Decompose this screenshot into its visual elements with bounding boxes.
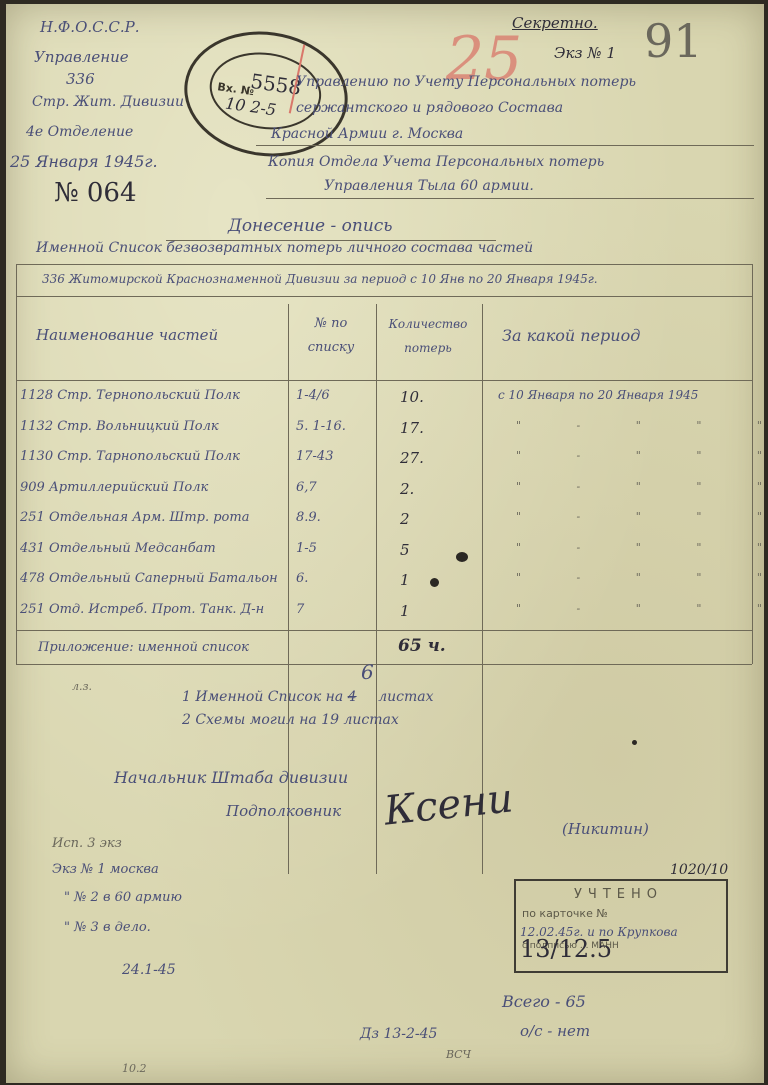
signature-rank: Подполковник (226, 802, 341, 820)
document-page: Н.Ф.О.С.С.Р. Управление 336 Стр. Жит. Ди… (6, 4, 764, 1083)
document-title: Донесение - опись (228, 216, 393, 236)
bottom-left-note: 10.2 (122, 1062, 147, 1075)
row-list-number: 1-4/6 (296, 388, 330, 403)
distribution-date: 24.1-45 (122, 962, 176, 978)
stamp-line1: по карточке № (522, 907, 608, 920)
row-unit-name: 1130 Стр. Тарнопольский Полк (20, 449, 240, 464)
row-list-number: 6,7 (296, 480, 317, 495)
total-losses: 65 ч. (398, 636, 446, 656)
bottom-scribble: ВСЧ (446, 1048, 471, 1061)
total-label: Приложение: именной список (38, 640, 249, 655)
bottom-center-note: Дз 13-2-45 (360, 1026, 437, 1042)
row-list-number: 6. (296, 571, 308, 586)
addressee-line2: сержантского и рядового Состава (296, 100, 563, 116)
header-dept: Управление (34, 48, 129, 66)
row-list-number: 7 (296, 602, 304, 617)
signature-title: Начальник Штаба дивизии (114, 768, 348, 787)
distribution-count: Исп. 3 экз (52, 836, 122, 851)
row-unit-name: 909 Артиллерийский Полк (20, 480, 208, 495)
row-period: " - " " " (516, 449, 768, 462)
row-losses: 2 (400, 510, 410, 528)
row-list-number: 8.9. (296, 510, 321, 525)
row-list-number: 5. 1-16. (296, 419, 346, 434)
addressee-line5: Управления Тыла 60 армии. (324, 178, 534, 194)
row-unit-name: 478 Отдельный Саперный Батальон (20, 571, 278, 586)
header-org: Н.Ф.О.С.С.Р. (40, 18, 140, 36)
header-division: Стр. Жит. Дивизии (32, 94, 184, 110)
header-section: 4е Отделение (26, 124, 133, 140)
row-losses: 1 (400, 571, 410, 589)
row-unit-name: 431 Отдельный Медсанбат (20, 541, 216, 556)
row-unit-name: 251 Отд. Истреб. Прот. Танк. Д-н (20, 602, 264, 617)
row-losses: 17. (400, 419, 424, 437)
classification-label: Секретно. (512, 14, 598, 32)
header-unit-name: Наименование частей (36, 322, 256, 348)
header-number: № 064 (54, 178, 137, 208)
row-unit-name: 1132 Стр. Вольницкий Полк (20, 419, 219, 434)
header-division-number: 336 (66, 70, 95, 88)
ink-blot (456, 552, 468, 562)
row-losses: 5 (400, 541, 410, 559)
total-all: Всего - 65 (502, 992, 586, 1011)
total-officers: о/с - нет (520, 1022, 590, 1040)
corrected-count: 6 (361, 660, 374, 684)
ink-blot (632, 740, 637, 745)
header-date: 25 Января 1945г. (10, 152, 158, 171)
registered-stamp: УЧТЕНО по карточке № 12.02.45г. и по Кру… (514, 879, 728, 973)
row-losses: 27. (400, 449, 424, 467)
addressee-line4: Копия Отдела Учета Персональных потерь (268, 154, 604, 170)
attachment-item1: 1 Именной Список на 4 6 листах (182, 682, 434, 706)
row-losses: 10. (400, 388, 424, 406)
header-losses: Количество потерь (380, 312, 476, 360)
row-period: " - " " " (516, 480, 768, 493)
addressee-line1: Управлению по Учету Персональных потерь (296, 74, 636, 90)
row-unit-name: 251 Отдельная Арм. Штр. рота (20, 510, 249, 525)
signatory-name: (Никитин) (562, 820, 649, 838)
attachment-item2: 2 Схемы могил на 19 листах (182, 712, 399, 728)
row-period: с 10 Января по 20 Января 1945 (498, 388, 698, 402)
signature-scrawl: Ксени (382, 775, 515, 834)
registration-number: 1020/10 (670, 862, 728, 878)
row-period: " - " " " (516, 571, 768, 584)
distribution-copy3: " № 3 в дело. (64, 920, 151, 935)
stamp-title: УЧТЕНО (574, 887, 663, 902)
sheet-number: 91 (644, 14, 703, 68)
header-list-number: № по списку (296, 312, 366, 360)
row-losses: 2. (400, 480, 414, 498)
header-period: За какой период (502, 326, 640, 345)
row-list-number: 1-5 (296, 541, 317, 556)
document-subtitle-line2: 336 Житомирской Краснознаменной Дивизии … (42, 272, 598, 286)
margin-note: л.з. (72, 680, 92, 693)
copy-number: Экз № 1 (554, 44, 616, 62)
distribution-copy2: " № 2 в 60 армию (64, 890, 182, 905)
ink-blot (430, 578, 439, 587)
addressee-line3: Красной Армии г. Москва (271, 126, 463, 142)
row-list-number: 17-43 (296, 449, 333, 464)
distribution-copy1: Экз № 1 москва (52, 862, 159, 877)
struck-count: 4 (348, 689, 357, 705)
row-losses: 1 (400, 602, 410, 620)
stamp-handwritten: 13/12.5 (520, 935, 612, 963)
row-period: " - " " " (516, 602, 768, 615)
row-period: " - " " " (516, 510, 768, 523)
row-unit-name: 1128 Стр. Тернопольский Полк (20, 388, 240, 403)
row-period: " - " " " (516, 419, 768, 432)
document-subtitle-line1: Именной Список безвозвратных потерь личн… (36, 240, 533, 256)
row-period: " - " " " (516, 541, 768, 554)
